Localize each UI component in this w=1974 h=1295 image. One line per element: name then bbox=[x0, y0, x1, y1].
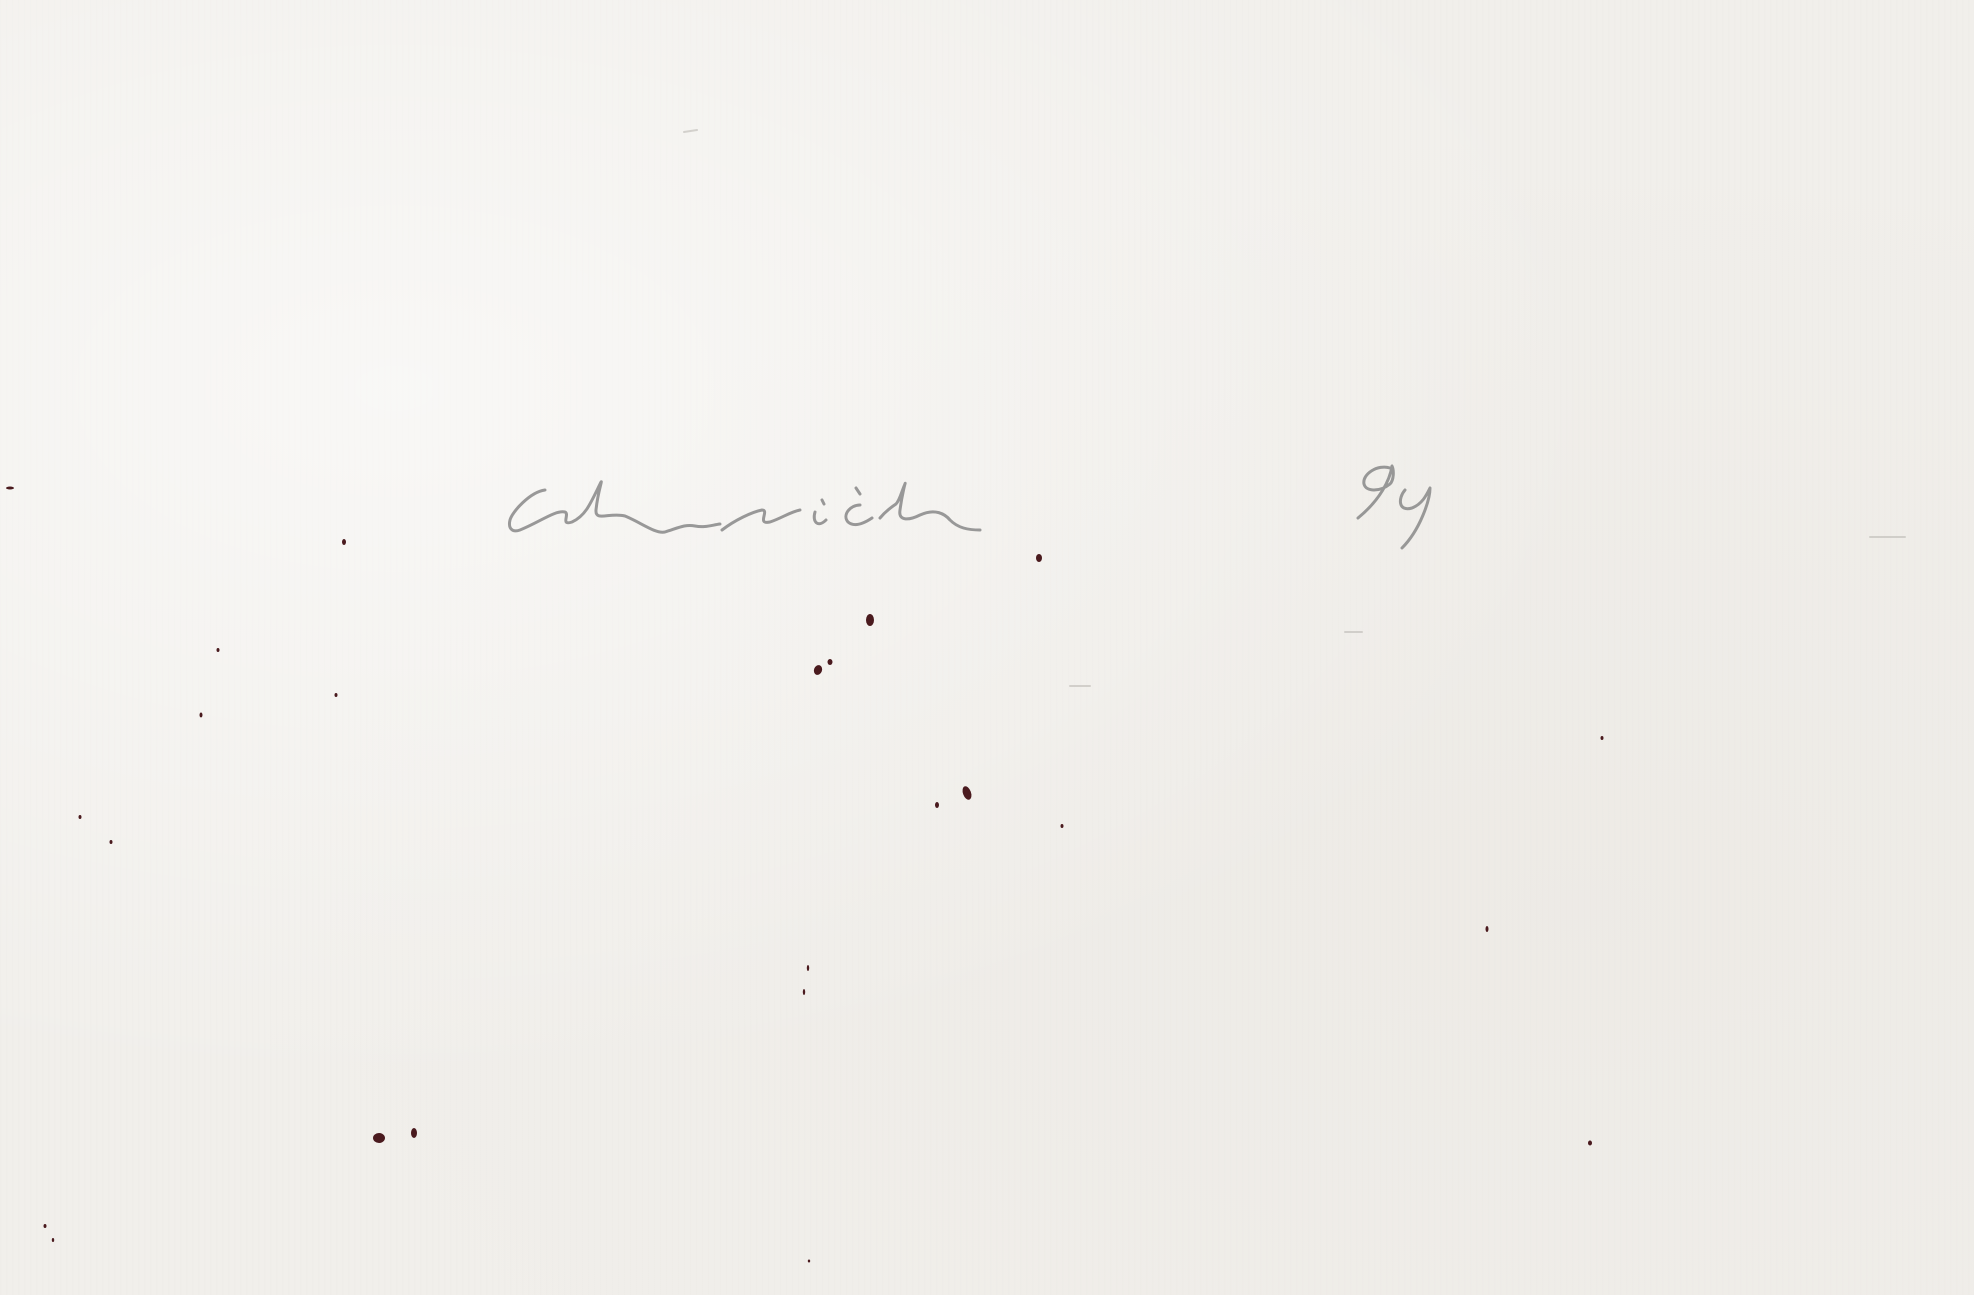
signature-second-word bbox=[722, 483, 980, 530]
faint-marks bbox=[684, 130, 1905, 686]
signature-year-94 bbox=[1358, 466, 1430, 548]
paper-sheet: signature 94 bbox=[0, 0, 1974, 1295]
signature-first-word bbox=[509, 482, 720, 533]
ink-specks bbox=[6, 487, 1604, 1263]
pencil-signature bbox=[0, 0, 1974, 1295]
